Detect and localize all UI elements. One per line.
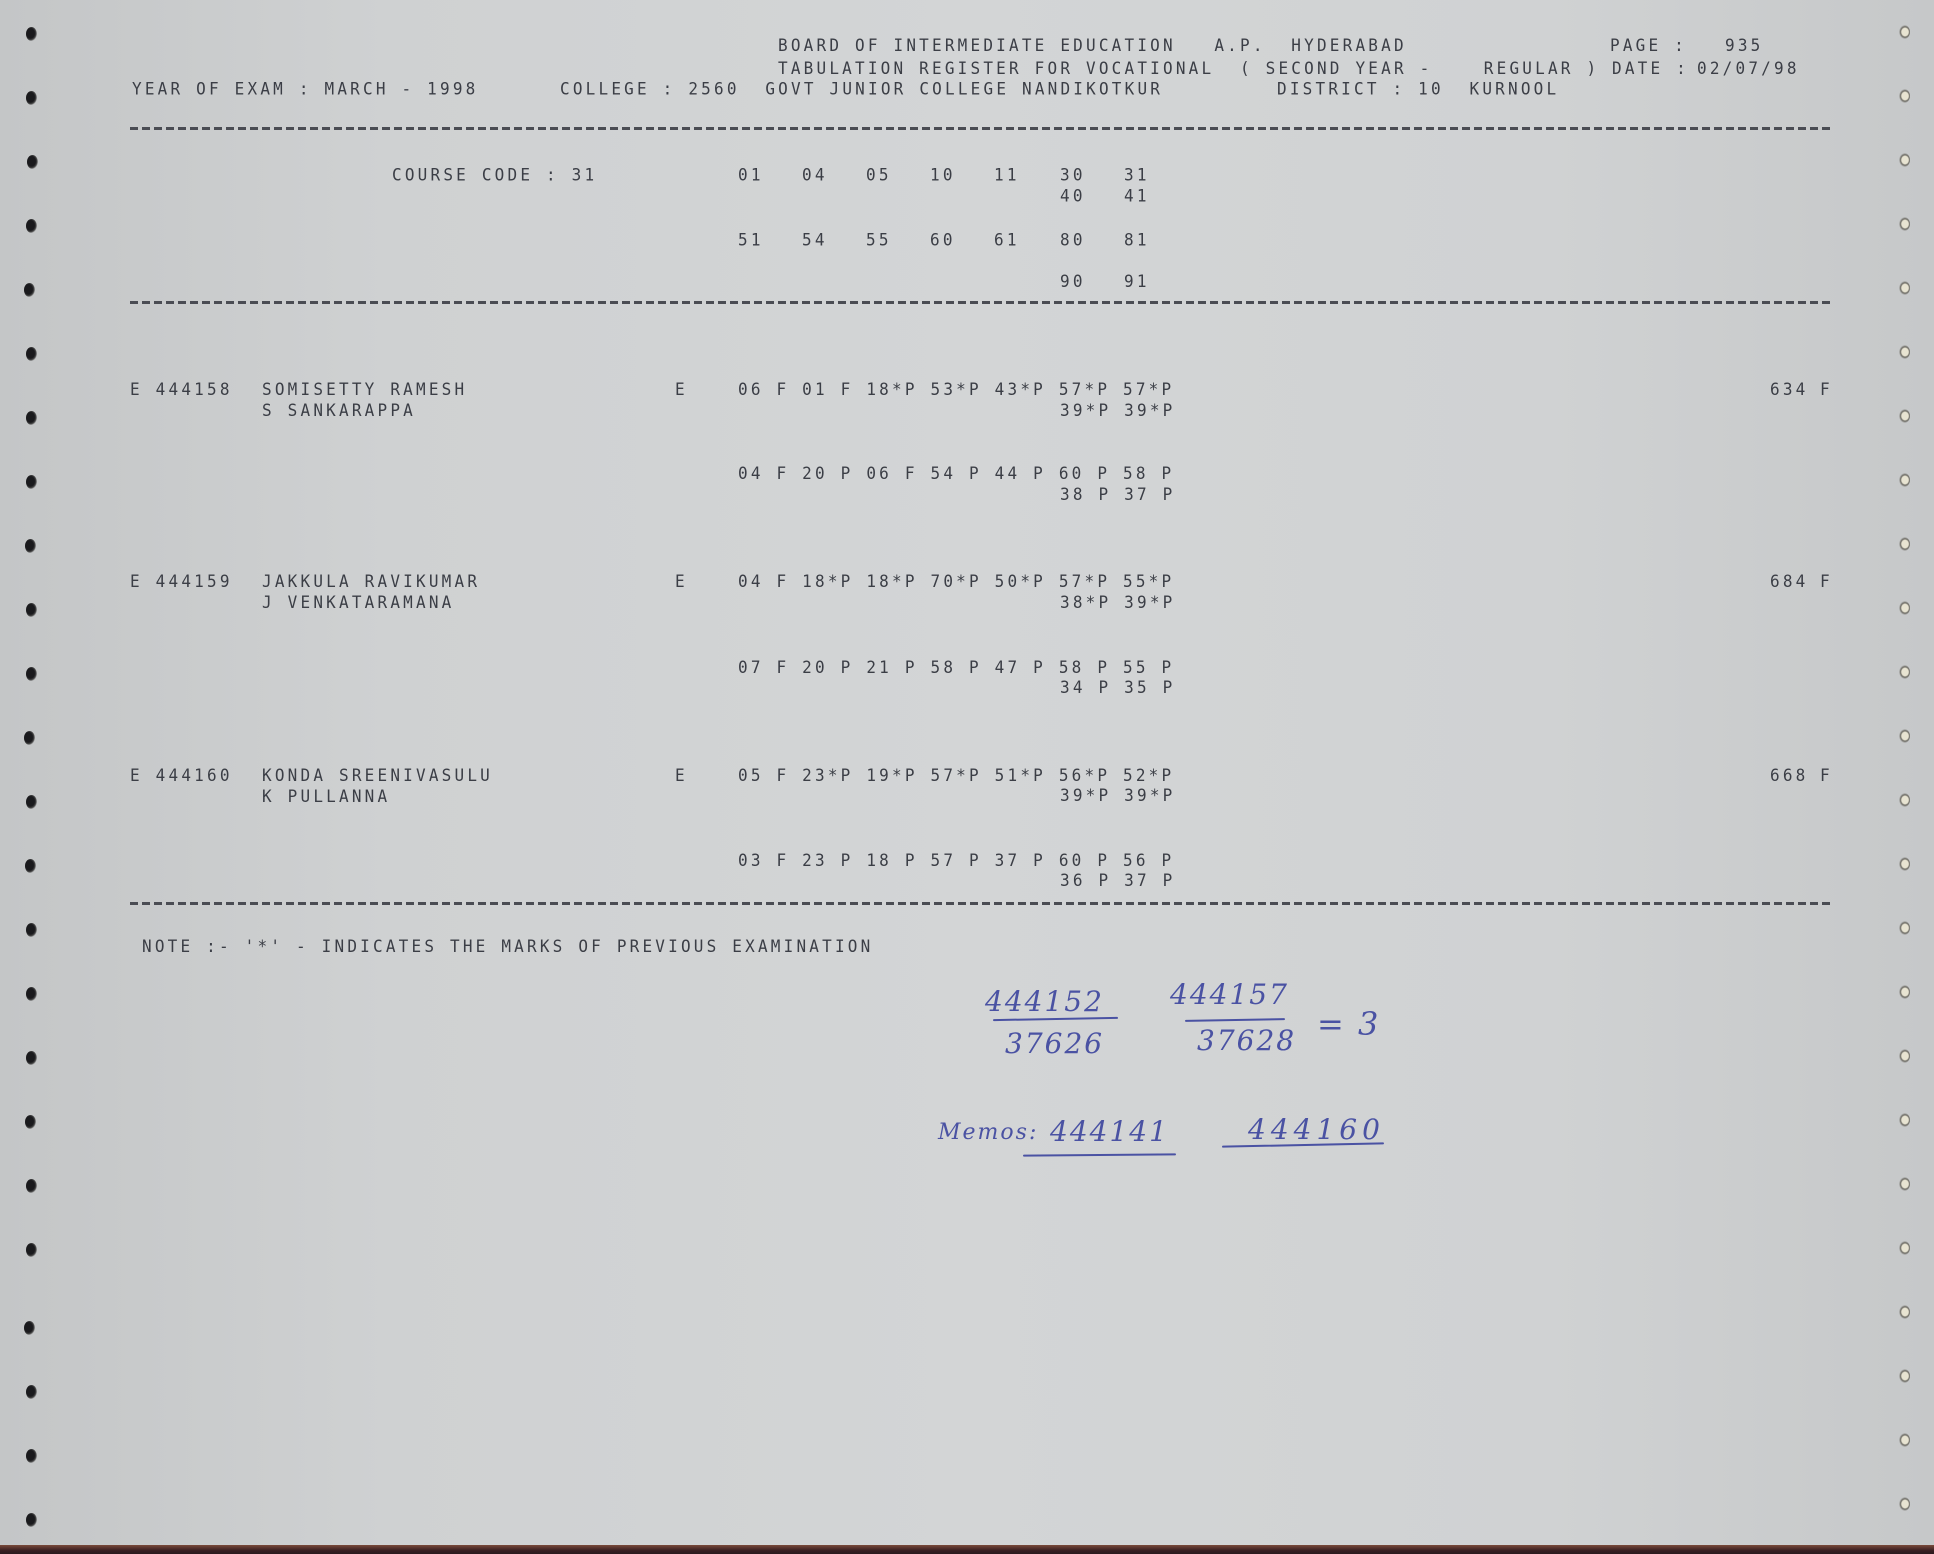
feed-hole-icon (1899, 601, 1910, 615)
feed-hole-icon (1899, 1305, 1910, 1319)
subject-code: 90 (1060, 273, 1086, 292)
first-year-marks-cont: 39*P 39*P (1060, 402, 1176, 421)
feed-hole-icon (1899, 665, 1910, 679)
divider (130, 301, 1830, 304)
feed-hole-icon (24, 283, 35, 297)
feed-hole-icon (1899, 1113, 1910, 1127)
feed-hole-icon (26, 1179, 37, 1193)
subject-code: 81 (1124, 231, 1150, 250)
feed-hole-icon (1899, 409, 1910, 423)
feed-hole-icon (1899, 345, 1910, 359)
feed-hole-icon (25, 859, 36, 873)
subject-code: 55 (866, 231, 892, 250)
second-year-marks-cont: 34 P 35 P (1060, 679, 1176, 698)
feed-hole-icon (26, 347, 37, 361)
page-number: 935 (1725, 37, 1764, 56)
feed-hole-icon (26, 1051, 37, 1065)
feed-hole-icon (1899, 89, 1910, 103)
subject-code: 40 (1060, 187, 1086, 206)
course-code-label: COURSE CODE : 31 (392, 166, 597, 185)
second-year-marks: 04 F 20 P 06 F 54 P 44 P 60 P 58 P (738, 465, 1174, 484)
feed-hole-icon (26, 27, 37, 41)
subject-code: 04 (802, 166, 828, 185)
subject-code: 11 (994, 166, 1020, 185)
first-year-marks: 06 F 01 F 18*P 53*P 43*P 57*P 57*P (738, 381, 1174, 400)
second-year-marks: 03 F 23 P 18 P 57 P 37 P 60 P 56 P (738, 852, 1174, 871)
subject-code: 01 (738, 166, 764, 185)
father-name: J VENKATARAMANA (262, 594, 455, 613)
year-of-exam: YEAR OF EXAM : MARCH - 1998 (132, 80, 479, 99)
handwritten-number: 37628 (1197, 1024, 1296, 1057)
handwritten-number: 37626 (1005, 1027, 1104, 1060)
footnote: NOTE :- '*' - INDICATES THE MARKS OF PRE… (142, 938, 873, 957)
total-marks: 684 (1770, 573, 1809, 592)
father-name: S SANKARAPPA (262, 402, 416, 421)
feed-hole-icon (1899, 793, 1910, 807)
feed-hole-icon (1899, 153, 1910, 167)
total-marks: 668 (1770, 767, 1809, 786)
feed-hole-icon (1899, 857, 1910, 871)
student-name: JAKKULA RAVIKUMAR (262, 573, 480, 592)
feed-hole-icon (26, 667, 37, 681)
first-year-marks: 04 F 18*P 18*P 70*P 50*P 57*P 55*P (738, 573, 1174, 592)
first-year-marks-cont: 38*P 39*P (1060, 594, 1176, 613)
feed-hole-icon (26, 91, 37, 105)
father-name: K PULLANNA (262, 788, 390, 807)
feed-hole-icon (1899, 729, 1910, 743)
feed-hole-icon (26, 1513, 37, 1527)
feed-hole-icon (1899, 25, 1910, 39)
total-marks: 634 (1770, 381, 1809, 400)
feed-hole-icon (26, 219, 37, 233)
student-name: KONDA SREENIVASULU (262, 767, 493, 786)
result-status: F (1820, 573, 1833, 592)
college-info: COLLEGE : 2560 GOVT JUNIOR COLLEGE NANDI… (560, 80, 1163, 99)
memos-label: Memos: (938, 1120, 1038, 1145)
first-year-marks: 05 F 23*P 19*P 57*P 51*P 56*P 52*P (738, 767, 1174, 786)
feed-hole-icon (26, 923, 37, 937)
result-status: F (1820, 767, 1833, 786)
handwritten-result: = 3 (1317, 1005, 1380, 1043)
district-info: DISTRICT : 10 KURNOOL (1277, 80, 1559, 99)
subject-code: 10 (930, 166, 956, 185)
feed-hole-icon (26, 1449, 37, 1463)
feed-hole-icon (26, 987, 37, 1001)
feed-hole-icon (1899, 985, 1910, 999)
subject-code: 61 (994, 231, 1020, 250)
feed-hole-icon (26, 795, 37, 809)
handwritten-number: 444157 (1170, 978, 1289, 1011)
second-year-marks-cont: 36 P 37 P (1060, 872, 1176, 891)
subject-code: 51 (738, 231, 764, 250)
feed-hole-icon (26, 1385, 37, 1399)
feed-hole-icon (1899, 921, 1910, 935)
memos-from: 444141 (1050, 1115, 1169, 1148)
subject-code: 30 (1060, 166, 1086, 185)
register-title: TABULATION REGISTER FOR VOCATIONAL ( SEC… (778, 60, 1599, 79)
divider (130, 127, 1830, 130)
feed-hole-icon (1899, 281, 1910, 295)
table-surface (0, 1545, 1934, 1554)
subject-code: 60 (930, 231, 956, 250)
date-label: DATE : (1612, 60, 1689, 79)
feed-hole-icon (26, 475, 37, 489)
page-label: PAGE : (1610, 37, 1687, 56)
feed-hole-icon (1899, 1177, 1910, 1191)
medium: E (675, 767, 688, 786)
feed-hole-icon (25, 539, 36, 553)
handwritten-number: 444152 (985, 985, 1104, 1018)
feed-hole-icon (1899, 1497, 1910, 1511)
subject-code: 54 (802, 231, 828, 250)
second-year-marks-cont: 38 P 37 P (1060, 486, 1176, 505)
subject-code: 41 (1124, 187, 1150, 206)
date-value: 02/07/98 (1697, 60, 1800, 79)
subject-code: 80 (1060, 231, 1086, 250)
subject-code: 31 (1124, 166, 1150, 185)
medium: E (675, 573, 688, 592)
result-status: F (1820, 381, 1833, 400)
feed-hole-icon (26, 1243, 37, 1257)
first-year-marks-cont: 39*P 39*P (1060, 787, 1176, 806)
feed-hole-icon (24, 1321, 35, 1335)
hall-ticket-number: E 444159 (130, 573, 233, 592)
feed-hole-icon (1899, 1049, 1910, 1063)
feed-hole-icon (24, 731, 35, 745)
feed-hole-icon (25, 1115, 36, 1129)
memos-to: 444160 (1248, 1113, 1385, 1146)
subject-code: 91 (1124, 273, 1150, 292)
feed-hole-icon (27, 155, 38, 169)
feed-hole-icon (1899, 1369, 1910, 1383)
feed-hole-icon (26, 603, 37, 617)
divider (130, 902, 1830, 905)
student-name: SOMISETTY RAMESH (262, 381, 467, 400)
subject-code: 05 (866, 166, 892, 185)
feed-hole-icon (1899, 1241, 1910, 1255)
hall-ticket-number: E 444158 (130, 381, 233, 400)
hall-ticket-number: E 444160 (130, 767, 233, 786)
feed-hole-icon (1899, 473, 1910, 487)
feed-hole-icon (26, 411, 37, 425)
board-title: BOARD OF INTERMEDIATE EDUCATION A.P. HYD… (778, 37, 1407, 56)
feed-hole-icon (1899, 217, 1910, 231)
feed-hole-icon (1899, 537, 1910, 551)
second-year-marks: 07 F 20 P 21 P 58 P 47 P 58 P 55 P (738, 659, 1174, 678)
medium: E (675, 381, 688, 400)
feed-hole-icon (1899, 1433, 1910, 1447)
